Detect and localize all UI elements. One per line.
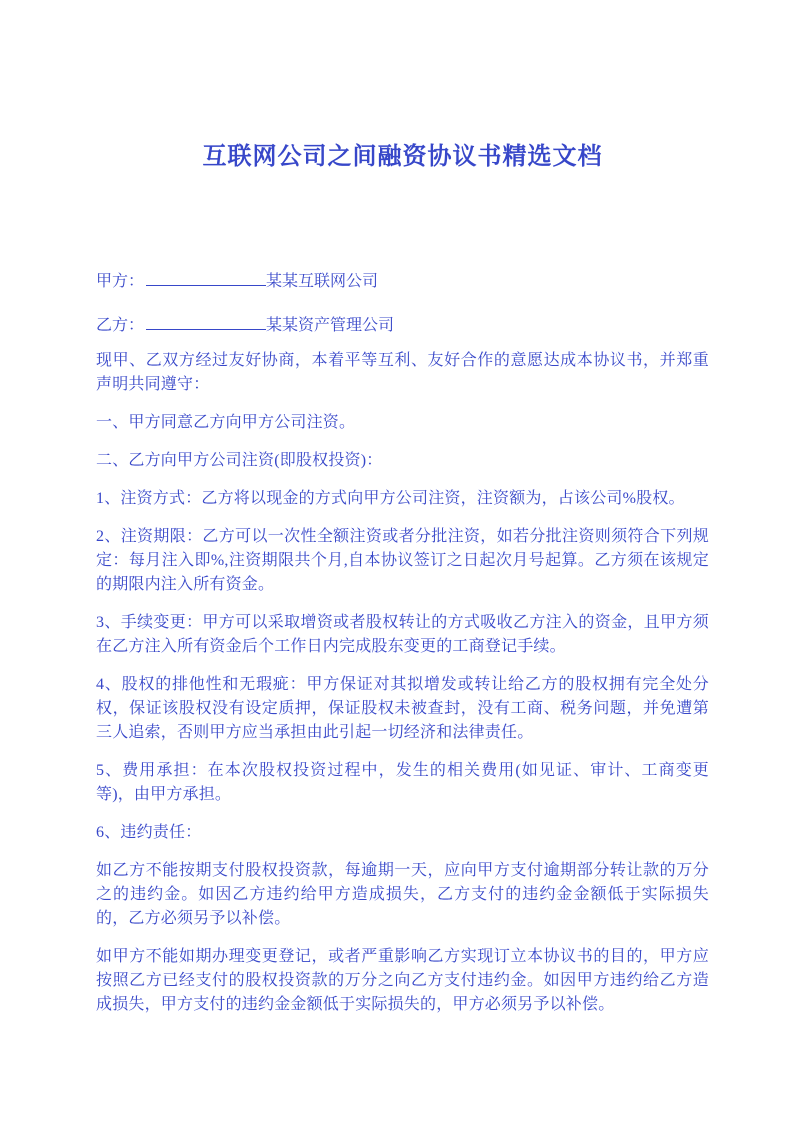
item-3-procedure-change: 3、手续变更：甲方可以采取增资或者股权转让的方式吸收乙方注入的资金，且甲方须在乙… xyxy=(96,611,709,659)
party-a-blank-underline xyxy=(146,268,266,286)
party-b-value: 某某资产管理公司 xyxy=(266,317,394,334)
item-4-equity-exclusivity: 4、股权的排他性和无瑕疵：甲方保证对其拟增发或转让给乙方的股权拥有完全处分权，保… xyxy=(96,673,709,745)
party-a-line: 甲方：某某互联网公司 xyxy=(96,268,709,294)
item-1-funding-method: 1、注资方式：乙方将以现金的方式向甲方公司注资，注资额为，占该公司%股权。 xyxy=(96,487,709,511)
item-2-funding-term: 2、注资期限：乙方可以一次性全额注资或者分批注资，如若分批注资则须符合下列规定：… xyxy=(96,525,709,597)
paragraph-preamble: 现甲、乙双方经过友好协商，本着平等互利、友好合作的意愿达成本协议书，并郑重声明共… xyxy=(96,349,709,397)
document-title: 互联网公司之间融资协议书精选文档 xyxy=(96,139,709,173)
breach-clause-party-b: 如乙方不能按期支付股权投资款，每逾期一天，应向甲方支付逾期部分转让款的万分之的违… xyxy=(96,859,709,931)
party-b-line: 乙方：某某资产管理公司 xyxy=(96,312,709,338)
clause-2-equity-investment: 二、乙方向甲方公司注资(即股权投资)： xyxy=(96,449,709,473)
document-content: 互联网公司之间融资协议书精选文档 甲方：某某互联网公司 乙方：某某资产管理公司 … xyxy=(0,0,793,1017)
party-a-label: 甲方： xyxy=(96,273,144,290)
party-b-blank-underline xyxy=(146,312,266,330)
document-page: 互联网公司之间融资协议书精选文档 甲方：某某互联网公司 乙方：某某资产管理公司 … xyxy=(0,0,793,1122)
party-a-value: 某某互联网公司 xyxy=(266,273,378,290)
party-b-label: 乙方： xyxy=(96,317,144,334)
item-5-expense-bearing: 5、费用承担：在本次股权投资过程中，发生的相关费用(如见证、审计、工商变更等)，… xyxy=(96,759,709,807)
item-6-breach-liability-heading: 6、违约责任： xyxy=(96,821,709,845)
clause-1-party-a-consent: 一、甲方同意乙方向甲方公司注资。 xyxy=(96,411,709,435)
breach-clause-party-a: 如甲方不能如期办理变更登记，或者严重影响乙方实现订立本协议书的目的，甲方应按照乙… xyxy=(96,945,709,1017)
